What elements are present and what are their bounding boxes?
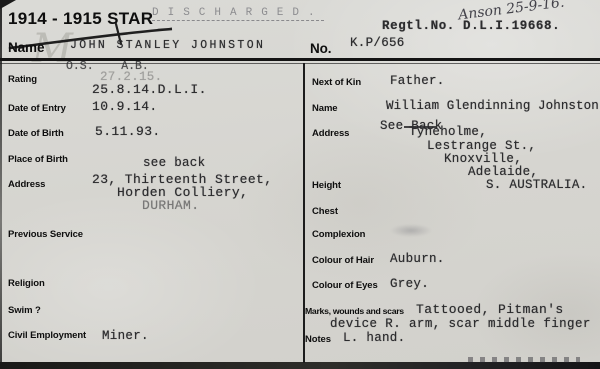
place-of-birth-label: Place of Birth <box>8 154 68 165</box>
notes-value: L. hand. <box>343 331 405 345</box>
colour-of-eyes-value: Grey. <box>390 277 429 291</box>
address-label-right: Address <box>312 128 349 139</box>
place-of-birth-value: see back <box>143 156 205 170</box>
rating-label: Rating <box>8 74 37 85</box>
nok-name-label: Name <box>312 103 337 114</box>
record-card: 1914 - 1915 STAR DISCHARGED. Anson 25-9-… <box>0 0 600 369</box>
column-divider <box>303 63 305 363</box>
marks-value-line1: Tattooed, Pitman's <box>416 302 564 317</box>
colour-of-hair-label: Colour of Hair <box>312 255 374 266</box>
address-label-left: Address <box>8 179 45 190</box>
name-label: Name <box>8 40 44 55</box>
address-line3-right: Knoxville, <box>444 152 522 166</box>
name-value: JOHN STANLEY JOHNSTON <box>70 39 265 52</box>
next-of-kin-label: Next of Kin <box>312 77 361 88</box>
swim-label: Swim ? <box>8 305 41 316</box>
no-value: K.P/656 <box>350 36 405 50</box>
footer-print-mark <box>468 357 580 363</box>
nok-name-value: William Glendinning Johnston <box>386 99 599 113</box>
bottom-scan-edge <box>0 362 600 369</box>
no-label: No. <box>310 41 331 56</box>
chest-label: Chest <box>312 206 338 217</box>
colour-of-hair-value: Auburn. <box>390 252 445 266</box>
complexion-faded-smudge <box>390 224 432 237</box>
date-of-entry-value: 10.9.14. <box>92 99 158 114</box>
address-line1-right: Tyneholme, <box>409 125 487 139</box>
notes-label: Notes <box>305 334 331 345</box>
height-label: Height <box>312 180 341 191</box>
civil-employment-label: Civil Employment <box>8 330 86 341</box>
left-scan-edge <box>0 0 2 369</box>
next-of-kin-value: Father. <box>390 74 445 88</box>
religion-label: Religion <box>8 278 45 289</box>
address-line2-right: Lestrange St., <box>427 139 536 153</box>
regtl-no: Regtl.No. D.L.I.19668. <box>382 19 560 33</box>
previous-service-label: Previous Service <box>8 229 83 240</box>
marks-wounds-scars-label: Marks, wounds and scars <box>305 306 404 316</box>
date-of-birth-value: 5.11.93. <box>95 124 161 139</box>
address-line5-right: S. AUSTRALIA. <box>486 178 587 192</box>
date-of-birth-label: Date of Birth <box>8 128 64 139</box>
address-line4-right: Adelaide, <box>468 165 538 179</box>
colour-of-eyes-label: Colour of Eyes <box>312 280 378 291</box>
address-line3-left: DURHAM. <box>142 198 199 213</box>
civil-employment-value: Miner. <box>102 329 149 343</box>
marks-value-line2: device R. arm, scar middle finger <box>330 317 591 331</box>
top-left-corner-mark <box>0 0 16 9</box>
rating-value: 25.8.14.D.L.I. <box>92 82 207 97</box>
date-of-entry-label: Date of Entry <box>8 103 66 114</box>
complexion-label: Complexion <box>312 229 365 240</box>
